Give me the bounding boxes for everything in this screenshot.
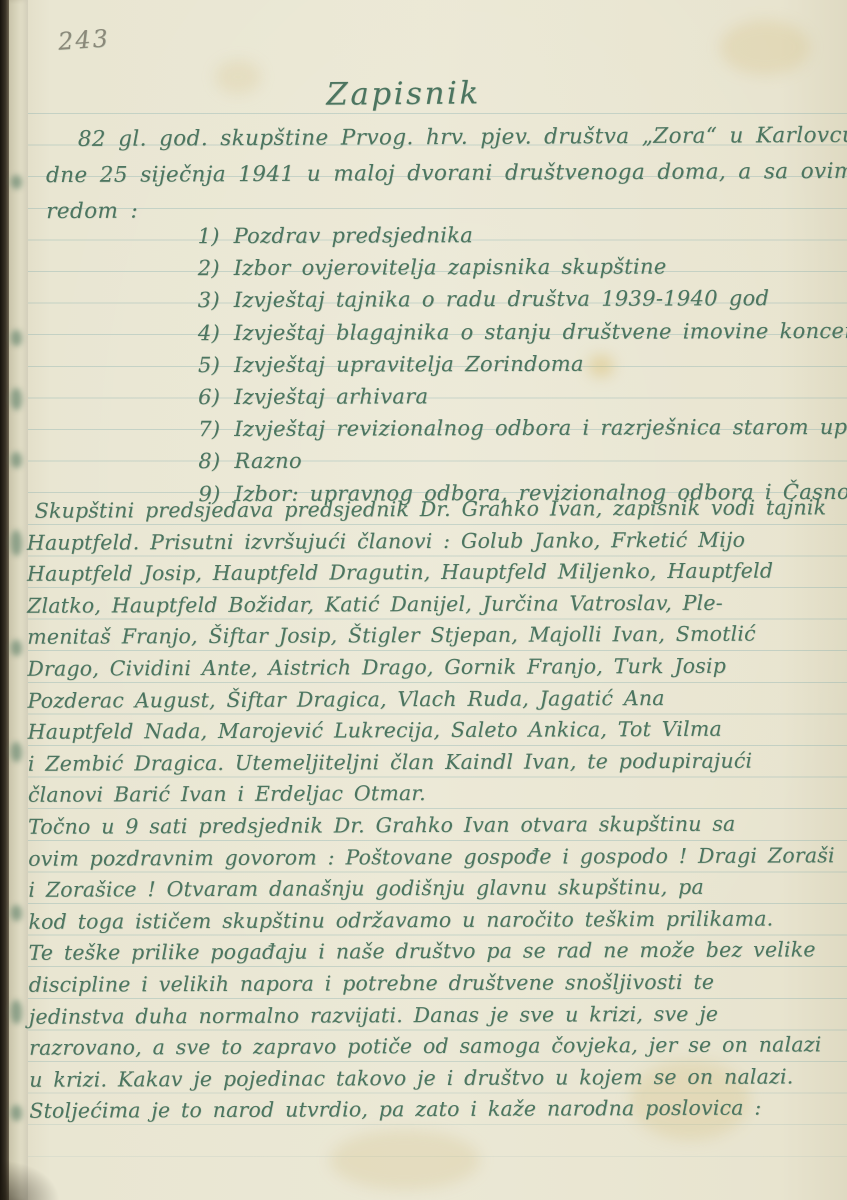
ink-bleed-mark (11, 452, 22, 468)
agenda-item-number: 8) (198, 445, 234, 477)
book-binding-edge (0, 0, 9, 1200)
text-line: Hauptfeld Josip, Hauptfeld Dragutin, Hau… (27, 555, 844, 590)
agenda-item: 8) Razno (198, 443, 847, 477)
ink-bleed-mark (11, 1105, 22, 1121)
agenda-item-number: 6) (198, 381, 234, 413)
intro-paragraph: 82 gl. god. skupštine Prvog. hrv. pjev. … (46, 118, 844, 230)
agenda-item: 4) Izvještaj blagajnika o stanju društve… (198, 314, 847, 348)
agenda-item-number: 3) (198, 284, 234, 316)
text-line: kod toga ističem skupštinu održavamo u n… (28, 903, 845, 938)
previous-page-edge (9, 0, 28, 1200)
text-line: članovi Barić Ivan i Erdeljac Otmar. (28, 777, 845, 812)
text-line: Hauptfeld. Prisutni izvršujući članovi :… (27, 524, 844, 559)
agenda-list: 1) Pozdrav predsjednika 2) Izbor ovjerov… (197, 218, 847, 510)
agenda-item: 3) Izvještaj tajnika o radu društva 1939… (198, 282, 847, 316)
text-line: 82 gl. god. skupštine Prvog. hrv. pjev. … (46, 118, 843, 158)
text-line: dne 25 siječnja 1941 u maloj dvorani dru… (46, 154, 843, 194)
text-line: i Zembić Dragica. Utemeljiteljni član Ka… (28, 745, 845, 780)
agenda-item-text: Razno (234, 445, 302, 477)
text-line: Skupštini predsjedava predsjednik Dr. Gr… (27, 492, 844, 527)
ink-bleed-mark (11, 640, 22, 656)
agenda-item-text: Izvještaj arhivara (234, 380, 428, 413)
text-line: ovim pozdravnim govorom : Poštovane gosp… (28, 840, 845, 875)
text-line: Stoljećima je to narod utvrdio, pa zato … (29, 1092, 846, 1127)
agenda-item: 5) Izvještaj upravitelja Zorindoma (198, 347, 847, 381)
ink-bleed-mark (11, 905, 22, 921)
text-line: Točno u 9 sati predsjednik Dr. Grahko Iv… (28, 808, 845, 843)
agenda-item-number: 7) (198, 413, 234, 445)
body-text: Skupštini predsjedava predsjednik Dr. Gr… (27, 492, 847, 1127)
text-line: Te teške prilike pogađaju i naše društvo… (29, 935, 846, 970)
agenda-item: 2) Izbor ovjerovitelja zapisnika skupšti… (198, 250, 847, 284)
agenda-item-text: Izvještaj tajnika o radu društva 1939-19… (234, 283, 770, 317)
text-line: Drago, Cividini Ante, Aistrich Drago, Go… (27, 650, 844, 685)
ink-bleed-mark (11, 388, 22, 410)
text-line: Pozderac August, Šiftar Dragica, Vlach R… (27, 682, 844, 717)
text-line: menitaš Franjo, Šiftar Josip, Štigler St… (27, 619, 844, 654)
text-line: Zlatko, Hauptfeld Božidar, Katić Danijel… (27, 587, 844, 622)
agenda-item-text: Izvještaj revizionalnog odbora i razrješ… (234, 411, 847, 446)
agenda-item-number: 1) (197, 220, 233, 252)
agenda-item-number: 5) (198, 349, 234, 381)
agenda-item: 6) Izvještaj arhivara (198, 379, 847, 413)
agenda-item-text: Izbor ovjerovitelja zapisnika skupštine (234, 251, 667, 285)
ink-bleed-mark (11, 1000, 22, 1024)
ink-bleed-mark (11, 530, 22, 556)
page-corner-shadow (0, 1160, 60, 1200)
agenda-item: 7) Izvještaj revizionalnog odbora i razr… (198, 411, 847, 445)
page-number: 243 (57, 24, 111, 56)
text-line: u krizi. Kakav je pojedinac takovo je i … (29, 1061, 846, 1096)
text-line: Hauptfeld Nada, Marojević Lukrecija, Sal… (28, 713, 845, 748)
text-line: jedinstva duha normalno razvijati. Danas… (29, 998, 846, 1033)
agenda-item-text: Pozdrav predsjednika (233, 219, 473, 252)
ink-bleed-mark (11, 175, 22, 189)
document-title: Zapisnik (0, 72, 807, 115)
agenda-item-text: Izvještaj blagajnika o stanju društvene … (234, 314, 847, 349)
document-page: 243 Zapisnik 82 gl. god. skupštine Prvog… (0, 0, 847, 1200)
text-line: discipline i velikih napora i potrebne d… (29, 966, 846, 1001)
paper-stain (720, 20, 810, 75)
agenda-item-number: 2) (198, 252, 234, 284)
text-line: razrovano, a sve to zapravo potiče od sa… (29, 1029, 846, 1064)
agenda-item: 1) Pozdrav predsjednika (197, 218, 846, 252)
ink-bleed-mark (11, 742, 22, 762)
agenda-item-number: 4) (198, 317, 234, 349)
agenda-item-text: Izvještaj upravitelja Zorindoma (234, 348, 584, 381)
ink-bleed-mark (11, 330, 22, 346)
text-line: i Zorašice ! Otvaram današnju godišnju g… (28, 871, 845, 906)
